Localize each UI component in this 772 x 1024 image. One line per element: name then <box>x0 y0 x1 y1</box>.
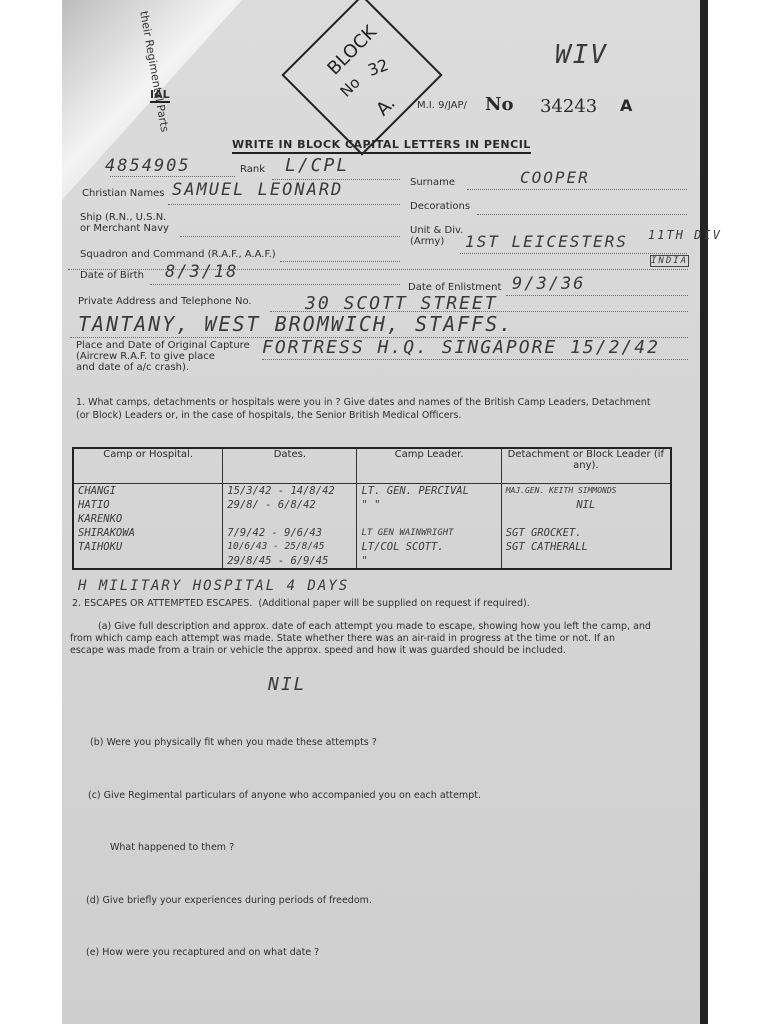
table-row: HATIO29/8/ - 6/8/42" "NIL <box>73 498 671 512</box>
decorations-label: Decorations <box>410 201 470 212</box>
unit-label: Unit & Div.(Army) <box>410 225 463 247</box>
address-label: Private Address and Telephone No. <box>78 296 252 307</box>
col-block: Detachment or Block Leader (if any). <box>501 448 671 484</box>
division-sub: INDIA <box>650 255 689 267</box>
table-row: CHANGI15/3/42 - 14/8/42LT. GEN. PERCIVAL… <box>73 484 671 499</box>
table-row: 29/8/45 - 6/9/45" <box>73 554 671 569</box>
table-row: TAIHOKU10/6/43 - 25/8/45LT/COL SCOTT.SGT… <box>73 540 671 554</box>
rank-value: L/CPL <box>285 155 349 176</box>
christian-names-value: SAMUEL LEONARD <box>172 180 343 200</box>
surname-label: Surname <box>410 177 455 188</box>
number-label: No <box>485 94 513 115</box>
form-number: 34243 <box>540 96 597 117</box>
section2-heading: 2. ESCAPES OR ATTEMPTED ESCAPES. (Additi… <box>72 598 530 609</box>
christian-names-label: Christian Names <box>82 188 164 199</box>
question-e: (e) How were you recaptured and on what … <box>86 947 319 958</box>
unit-value: 1ST LEICESTERS <box>465 232 628 251</box>
service-number-value: 4854905 <box>105 156 191 176</box>
partial-label: IAL <box>150 88 170 103</box>
question-d: (d) Give briefly your experiences during… <box>86 895 372 906</box>
surname-value: COOPER <box>520 168 590 187</box>
ship-label: Ship (R.N., U.S.N.or Merchant Navy <box>80 212 169 234</box>
question-a-3: escape was made from a train or vehicle … <box>70 645 566 656</box>
initials-annotation: WIV <box>555 40 608 70</box>
enlistment-label: Date of Enlistment <box>408 282 501 293</box>
dob-label: Date of Birth <box>80 270 144 281</box>
answer-a: NIL <box>268 674 307 695</box>
dob-value: 8/3/18 <box>165 262 238 282</box>
form-reference: M.I. 9/JAP/ <box>417 100 467 111</box>
question-b: (b) Were you physically fit when you mad… <box>90 737 377 748</box>
question-a-2: from which camp each attempt was made. S… <box>70 633 615 644</box>
page-edge-shadow <box>700 0 708 1024</box>
form-title: WRITE IN BLOCK CAPITAL LETTERS IN PENCIL <box>232 138 531 154</box>
division-value: 11TH DIV <box>648 228 722 242</box>
capture-label: Place and Date of Original Capture(Aircr… <box>76 340 250 373</box>
question-a-1: (a) Give full description and approx. da… <box>98 621 651 632</box>
question-c: (c) Give Regimental particulars of anyon… <box>88 790 481 801</box>
section1-question: 1. What camps, detachments or hospitals … <box>76 397 651 408</box>
col-leader: Camp Leader. <box>357 448 501 484</box>
table-row: SHIRAKOWA7/9/42 - 9/6/43LT GEN WAINWRIGH… <box>73 526 671 540</box>
overflow-note: H MILITARY HOSPITAL 4 DAYS <box>78 578 349 594</box>
capture-value: FORTRESS H.Q. SINGAPORE 15/2/42 <box>262 337 660 358</box>
camps-table: Camp or Hospital. Dates. Camp Leader. De… <box>72 447 672 570</box>
rank-label: Rank <box>240 164 265 175</box>
question-c-2: What happened to them ? <box>110 842 234 853</box>
enlistment-value: 9/3/36 <box>512 274 585 294</box>
col-camp: Camp or Hospital. <box>73 448 223 484</box>
table-row: KARENKO <box>73 512 671 526</box>
address-line-2: TANTANY, WEST BROMWICH, STAFFS. <box>78 312 513 336</box>
form-series: A <box>620 96 632 115</box>
col-dates: Dates. <box>223 448 357 484</box>
section1-question-2: (or Block) Leaders or, in the case of ho… <box>76 410 461 421</box>
squadron-label: Squadron and Command (R.A.F., A.A.F.) <box>80 249 276 260</box>
